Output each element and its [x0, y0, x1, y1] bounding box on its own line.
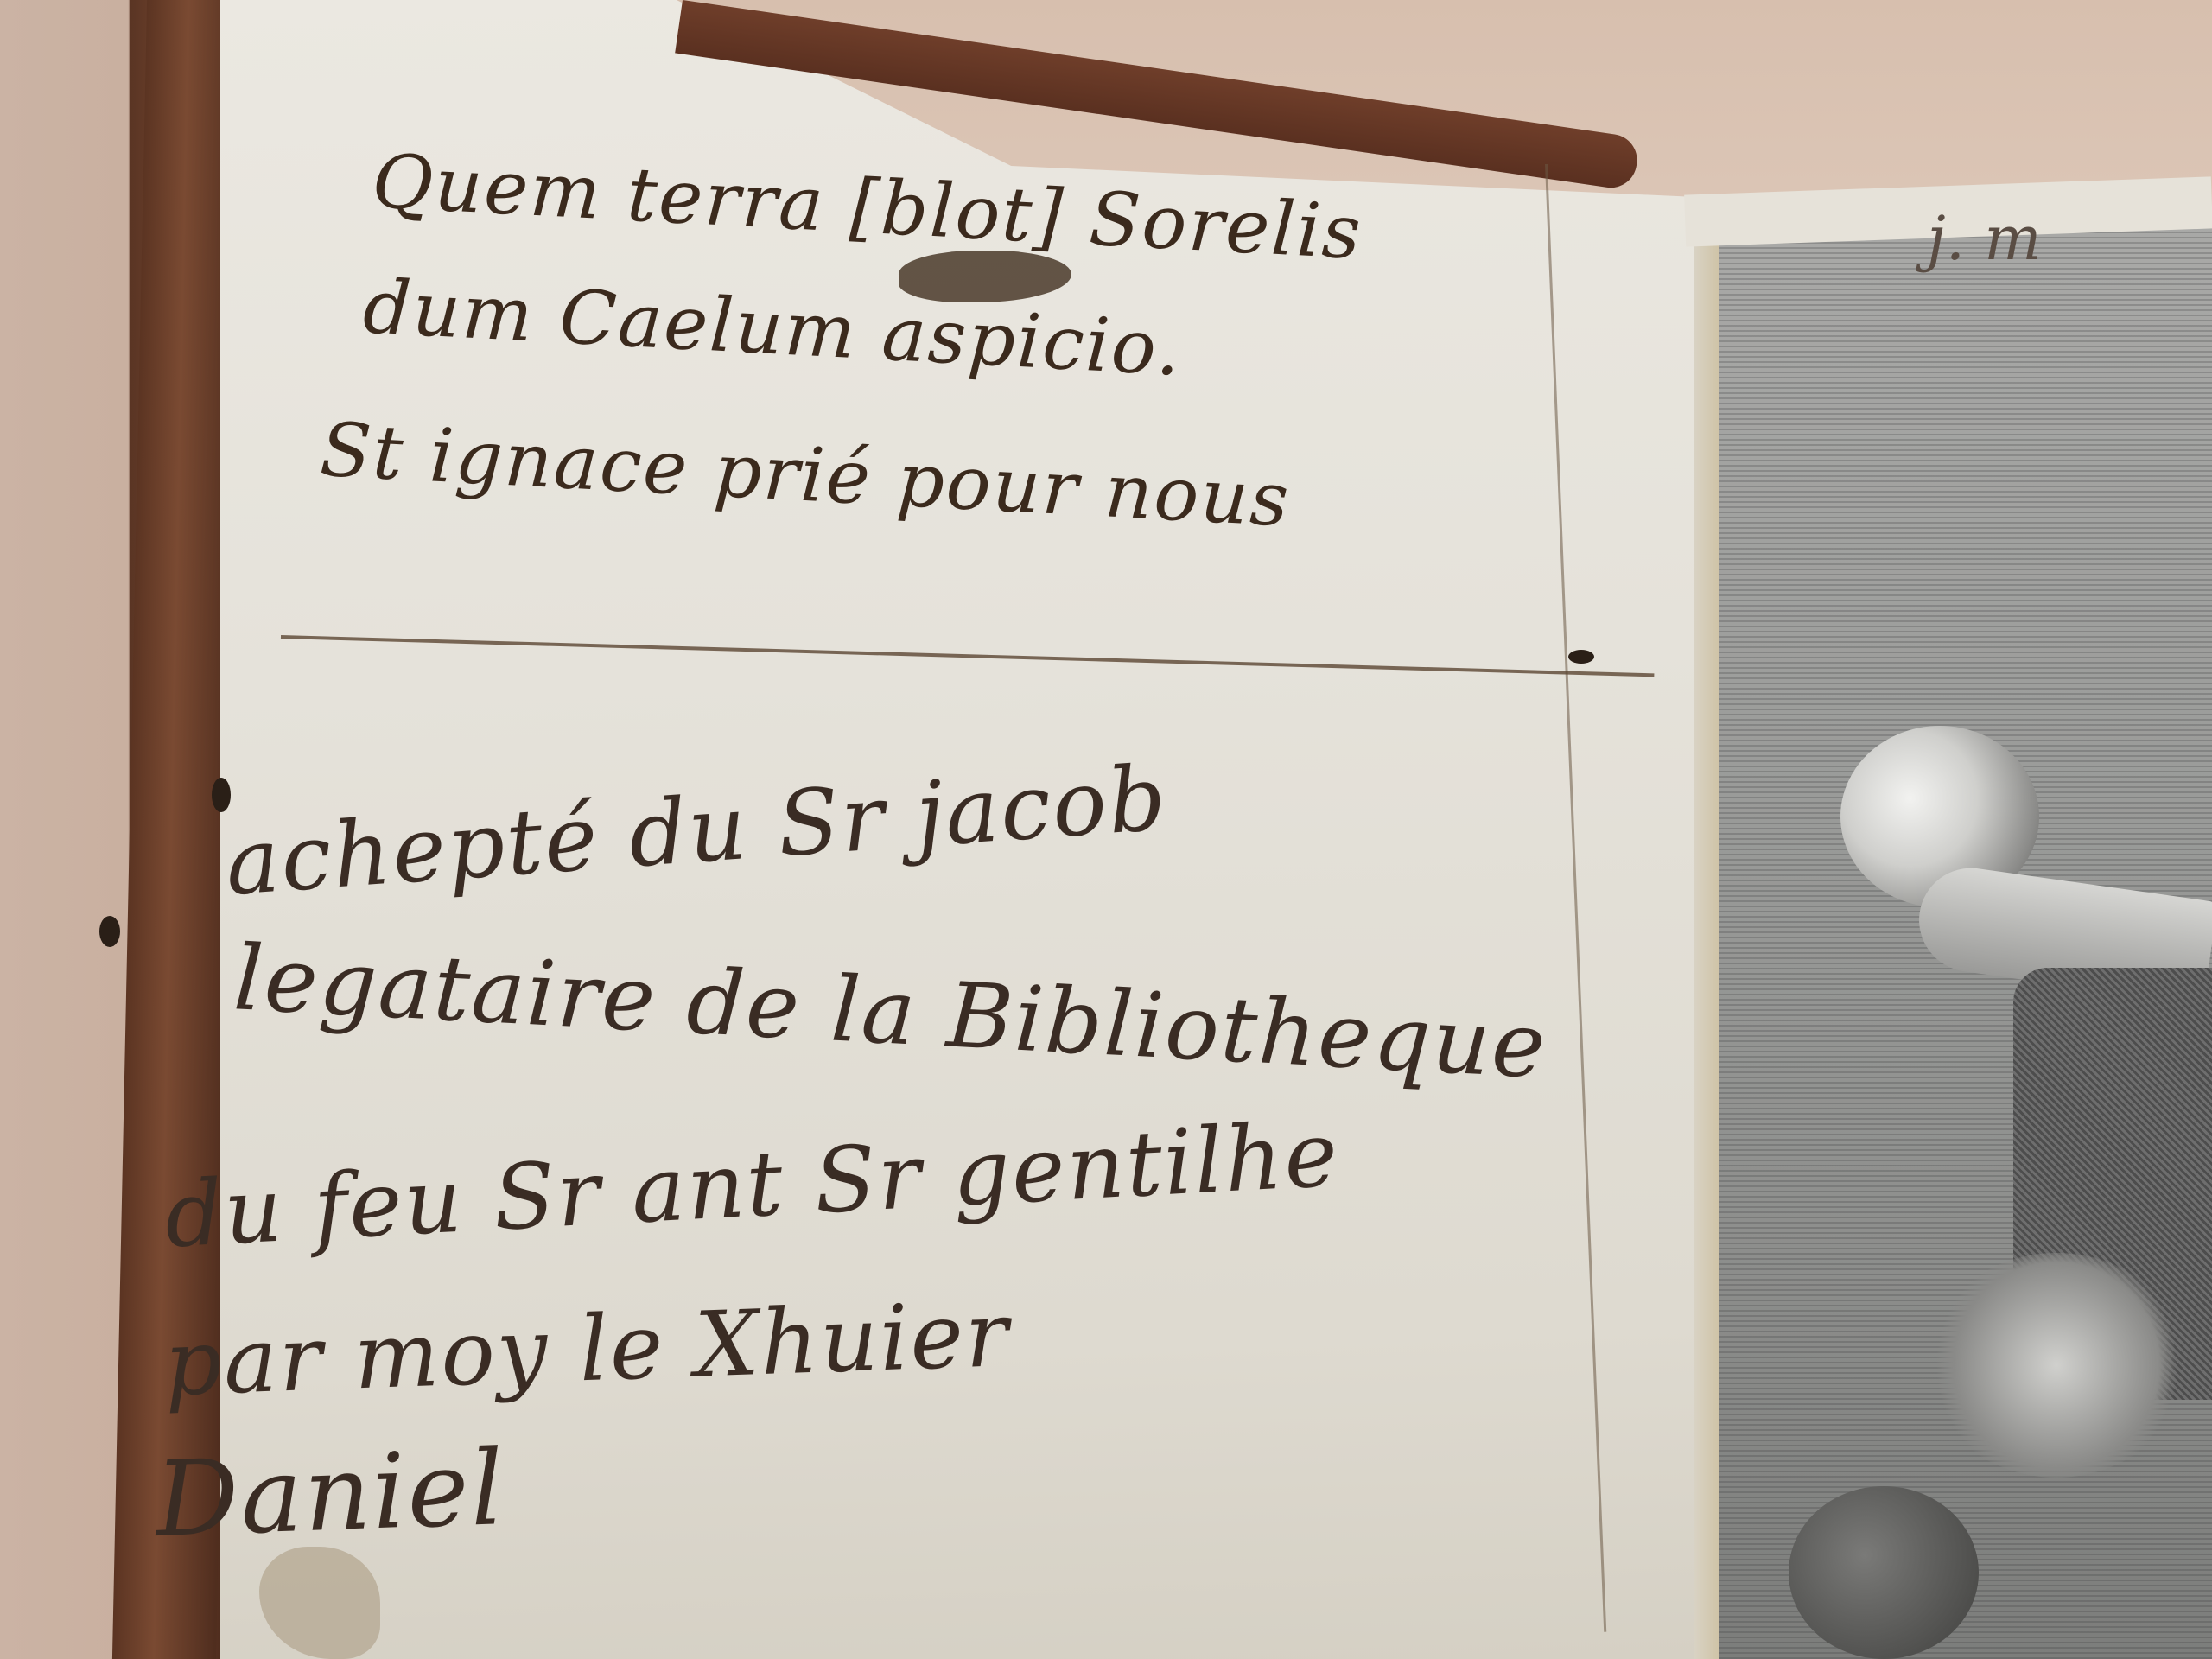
engraving-lilies	[1927, 1253, 2186, 1478]
ink-dot	[1568, 650, 1594, 664]
ink-dot	[99, 916, 120, 947]
engraving-caption: j. m	[1927, 203, 2042, 274]
ink-dot	[212, 778, 231, 812]
engraving-cherub	[1789, 1486, 1979, 1659]
signature: Daniel	[154, 1428, 507, 1560]
